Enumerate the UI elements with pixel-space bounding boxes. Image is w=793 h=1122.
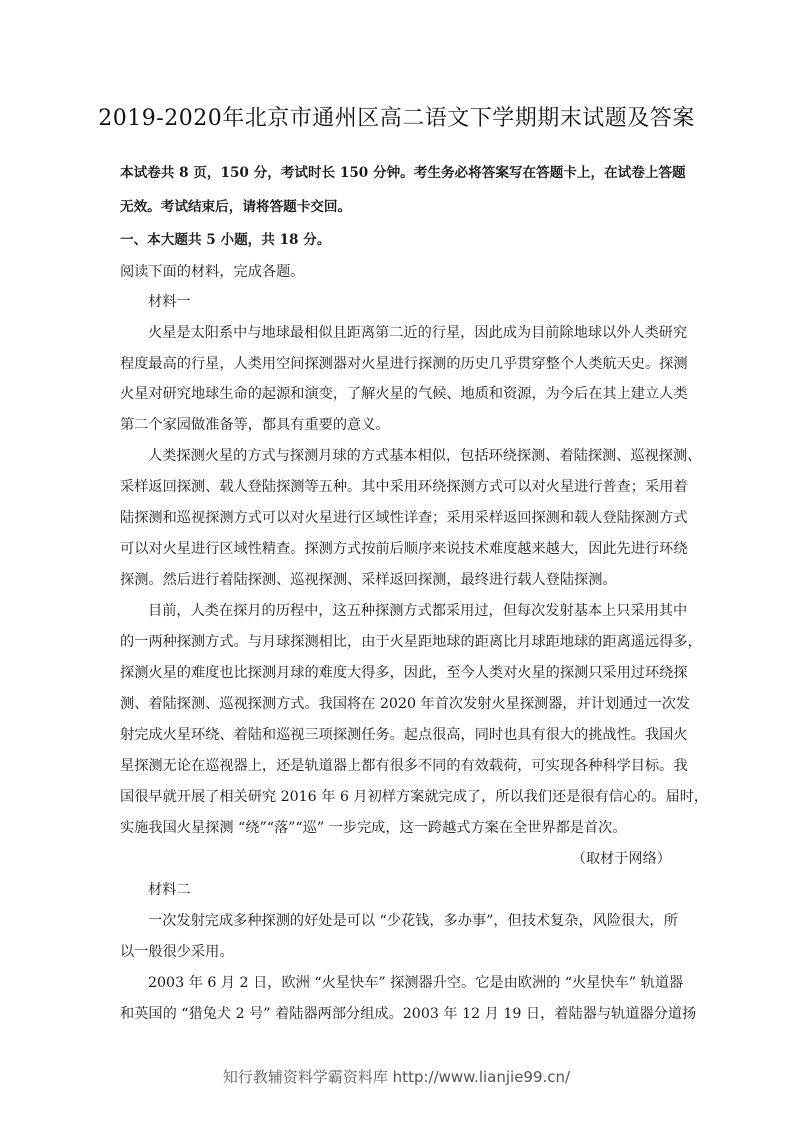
- paragraph-line: 人类探测火星的方式与探测月球的方式基本相似，包括环绕探测、着陆探测、巡视探测、: [148, 446, 708, 466]
- paragraph-line: 和英国的 “猎兔犬 2 号” 着陆器两部分组成。2003 年 12 月 19 日…: [120, 1004, 680, 1024]
- instructions-line-2: 无效。考试结束后，请将答题卡交回。: [120, 197, 680, 217]
- reading-prompt: 阅读下面的材料，完成各题。: [120, 262, 680, 282]
- paragraph-line: 可以对火星进行区域性精查。探测方式按前后顺序来说技术难度越来越大，因此先进行环绕: [120, 539, 680, 559]
- paragraph-line: 测、着陆探测、巡视探测方式。我国将在 2020 年首次发射火星探测器，并计划通过…: [120, 694, 680, 714]
- paragraph-line: 火星对研究地球生命的起源和演变，了解火星的气候、地质和资源，为今后在其上建立人类: [120, 384, 680, 404]
- document-title: 2019-2020年北京市通州区高二语文下学期期末试题及答案: [0, 101, 793, 132]
- paragraph-line: 探测。然后进行着陆探测、巡视探测、采样返回探测，最终进行载人登陆探测。: [120, 570, 680, 590]
- paragraph-line: 以一般很少采用。: [120, 942, 680, 962]
- paragraph-line: 第二个家园做准备等，都具有重要的意义。: [120, 415, 680, 435]
- material-two-label: 材料二: [148, 880, 708, 900]
- instructions-line-1: 本试卷共 8 页，150 分，考试时长 150 分钟。考生务必将答案写在答题卡上…: [120, 163, 680, 183]
- material-one-source: （取材于网络）: [572, 849, 671, 869]
- paragraph-line: 程度最高的行星，人类用空间探测器对火星进行探测的历史几乎贯穿整个人类航天史。探测: [120, 354, 680, 374]
- paragraph-line: 星探测无论在巡视器上，还是轨道器上都有很多不同的有效载荷，可实现各种科学目标。我: [120, 756, 680, 776]
- section-heading: 一、本大题共 5 小题，共 18 分。: [120, 230, 680, 250]
- paragraph-line: 2003 年 6 月 2 日，欧洲 “火星快车” 探测器升空。它是由欧洲的 “火…: [148, 973, 708, 993]
- paragraph-line: 目前，人类在探月的历程中，这五种探测方式都采用过，但每次发射基本上只采用其中: [148, 601, 708, 621]
- paragraph-line: 一次发射完成多种探测的好处是可以 “少花钱，多办事”，但技术复杂，风险很大，所: [148, 911, 708, 931]
- material-one-label: 材料一: [148, 292, 708, 312]
- paragraph-line: 探测火星的难度也比探测月球的难度大得多，因此，至今人类对火星的探测只采用过环绕探: [120, 663, 680, 683]
- paragraph-line: 国很早就开展了相关研究 2016 年 6 月初样方案就完成了，所以我们还是很有信…: [120, 787, 680, 807]
- paragraph-line: 火星是太阳系中与地球最相似且距离第二近的行星，因此成为目前除地球以外人类研究: [148, 323, 708, 343]
- paragraph-line: 实施我国火星探测 “绕”“落”“巡” 一步完成，这一跨越式方案在全世界都是首次。: [120, 818, 680, 838]
- watermark-footer: 知行教辅资料学霸资料库 http://www.lianjie99.cn/: [0, 1066, 793, 1087]
- paragraph-line: 陆探测和巡视探测方式可以对火星进行区域性详查；采用采样返回探测和载人登陆探测方式: [120, 508, 680, 528]
- paragraph-line: 采样返回探测、载人登陆探测等五种。其中采用环绕探测方式可以对火星进行普查；采用着: [120, 477, 680, 497]
- paragraph-line: 射完成火星环绕、着陆和巡视三项探测任务。起点很高，同时也具有很大的挑战性。我国火: [120, 725, 680, 745]
- paragraph-line: 的一两种探测方式。与月球探测相比，由于火星距地球的距离比月球距地球的距离遥远得多…: [120, 632, 680, 652]
